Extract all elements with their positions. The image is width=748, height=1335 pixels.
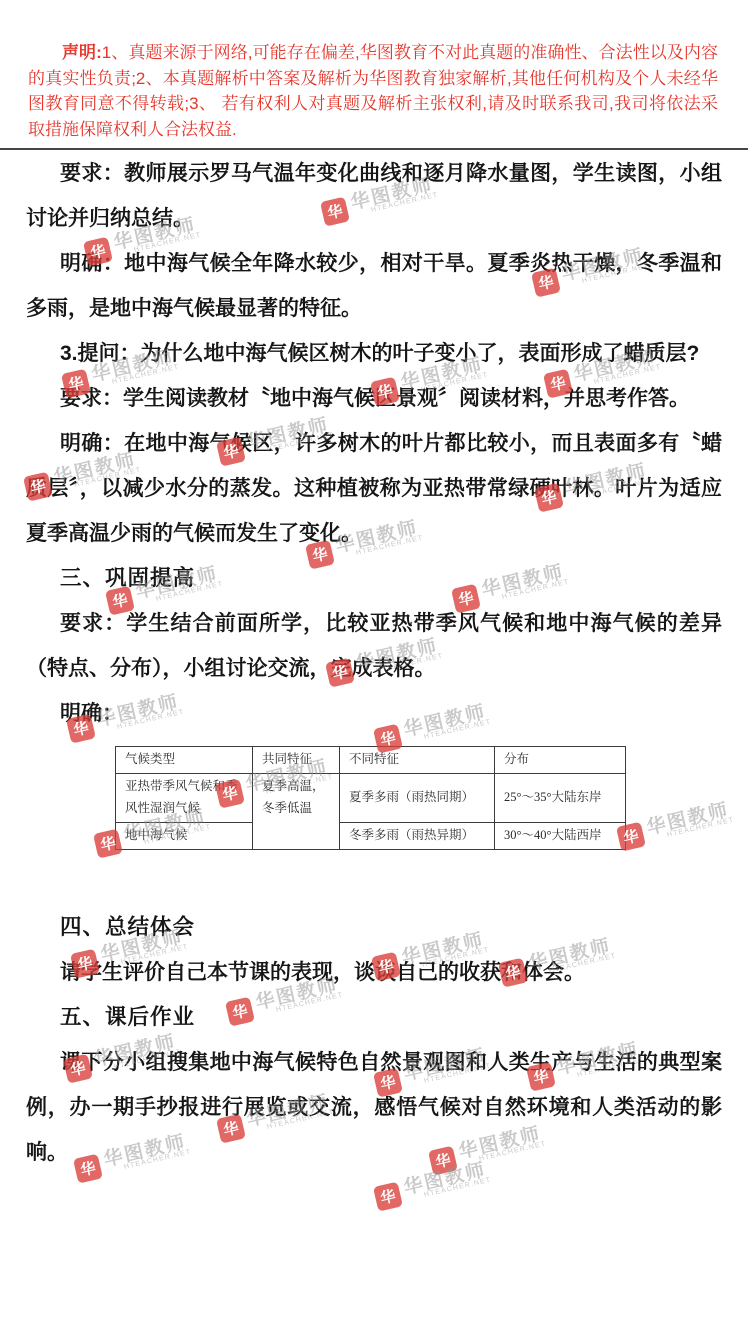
body-paragraph: 明确：地中海气候全年降水较少，相对干旱。夏季炎热干燥，冬季温和多雨，是地中海气候… (26, 241, 722, 331)
table-cell: 25°～35°大陆东岸 (495, 774, 626, 823)
disclaimer-label: 声明: (62, 43, 102, 62)
table-row: 亚热带季风气候和季风性湿润气候夏季高温， 冬季低温夏季多雨（雨热同期）25°～3… (116, 774, 626, 823)
table-row: 地中海气候冬季多雨（雨热异期）30°～40°大陆西岸 (116, 822, 626, 849)
table-header-cell: 共同特征 (253, 747, 340, 774)
table-header-cell: 分布 (495, 747, 626, 774)
table-cell: 地中海气候 (116, 822, 253, 849)
table-cell: 冬季多雨（雨热异期） (340, 822, 495, 849)
table-cell: 夏季多雨（雨热同期） (340, 774, 495, 823)
body-paragraph: 明确：在地中海气候区，许多树木的叶片都比较小，而且表面多有〝蜡质层〞，以减少水分… (26, 421, 722, 556)
body-paragraph: 要求：学生阅读教材〝地中海气候区景观〞阅读材料，并思考作答。 (26, 376, 722, 421)
watermark-en-text: HTEACHER.NET (423, 1177, 492, 1199)
body-paragraph: 要求：教师展示罗马气温年变化曲线和逐月降水量图，学生读图，小组讨论并归纳总结。 (26, 151, 722, 241)
body-paragraph: 课下分小组搜集地中海气候特色自然景观图和人类生产与生活的典型案例，办一期手抄报进… (26, 1040, 722, 1175)
section-heading: 五、课后作业 (26, 995, 722, 1040)
document-content: 要求：教师展示罗马气温年变化曲线和逐月降水量图，学生读图，小组讨论并归纳总结。明… (26, 151, 722, 1175)
climate-comparison-table: 气候类型共同特征不同特征分布亚热带季风气候和季风性湿润气候夏季高温， 冬季低温夏… (115, 746, 626, 850)
divider-line (0, 148, 748, 150)
section-heading: 三、巩固提高 (26, 556, 722, 601)
table-cell: 亚热带季风气候和季风性湿润气候 (116, 774, 253, 823)
document-page: 华华图教师HTEACHER.NET华华图教师HTEACHER.NET华华图教师H… (0, 0, 748, 1335)
section-heading: 四、总结体会 (26, 905, 722, 950)
disclaimer: 声明:1、真题来源于网络,可能存在偏差,华图教育不对此真题的准确性、合法性以及内… (28, 40, 718, 142)
huatu-logo-icon: 华 (373, 1182, 403, 1212)
table-header-cell: 不同特征 (340, 747, 495, 774)
disclaimer-text: 1、真题来源于网络,可能存在偏差,华图教育不对此真题的准确性、合法性以及内容的真… (28, 43, 718, 139)
table-header-cell: 气候类型 (116, 747, 253, 774)
table-header-row: 气候类型共同特征不同特征分布 (116, 747, 626, 774)
body-paragraph: 3.提问：为什么地中海气候区树木的叶子变小了，表面形成了蜡质层? (26, 331, 722, 376)
table-cell: 30°～40°大陆西岸 (495, 822, 626, 849)
body-paragraph: 要求：学生结合前面所学，比较亚热带季风气候和地中海气候的差异（特点、分布），小组… (26, 601, 722, 691)
body-paragraph: 请学生评价自己本节课的表现，谈谈自己的收获和体会。 (26, 950, 722, 995)
body-paragraph: 明确： (26, 691, 722, 736)
table-cell: 夏季高温， 冬季低温 (253, 774, 340, 850)
